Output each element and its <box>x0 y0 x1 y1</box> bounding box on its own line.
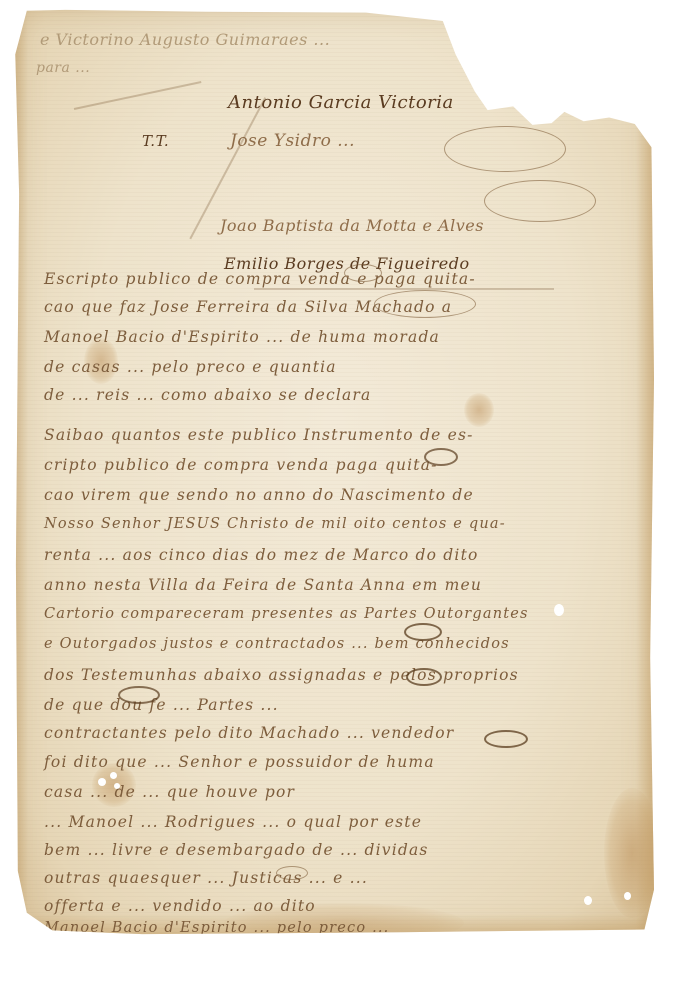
body-line: Cartorio compareceram presentes as Parte… <box>44 606 529 622</box>
underline-flourish <box>74 81 201 109</box>
body-line: bem ... livre e desembargado de ... divi… <box>44 841 429 859</box>
body-line: Nosso Senhor JESUS Christo de mil oito c… <box>44 516 506 532</box>
body-line: cao virem que sendo no anno do Nasciment… <box>44 486 474 504</box>
ink-loop <box>406 668 442 686</box>
body-line: Manoel Bacio d'Espirito ... pelo preco .… <box>44 920 390 936</box>
body-line: foi dito que ... Senhor e possuidor de h… <box>44 753 435 771</box>
signature-underline <box>254 288 554 290</box>
faded-header-line: para ... <box>36 60 90 76</box>
body-line: e Outorgados justos e contractados ... b… <box>44 636 510 652</box>
margin-mark: T.T. <box>142 132 169 150</box>
body-line: Manoel Bacio d'Espirito ... de huma mora… <box>44 328 440 346</box>
signature-3: Joao Baptista da Motta e Alves <box>220 216 484 235</box>
signature-flourish <box>484 180 596 222</box>
body-line: cripto publico de compra venda paga quit… <box>44 456 438 474</box>
body-line: anno nesta Villa da Feira de Santa Anna … <box>44 576 482 594</box>
paper-hole <box>624 892 631 900</box>
body-line: outras quaesquer ... Justicas ... e ... <box>44 869 368 887</box>
signature-flourish <box>444 126 566 172</box>
body-line: Saibao quantos este publico Instrumento … <box>44 426 474 444</box>
body-line: de casas ... pelo preco e quantia <box>44 358 337 376</box>
ink-loop <box>404 623 442 641</box>
signature-2: Jose Ysidro ... <box>230 131 355 151</box>
body-line: cao que faz Jose Ferreira da Silva Macha… <box>44 298 452 316</box>
paper-hole <box>110 772 117 779</box>
body-line: casa ... de ... que houve por <box>44 783 295 801</box>
body-line: offerta e ... vendido ... ao dito <box>44 897 316 915</box>
body-line: Escripto publico de compra venda e paga … <box>44 270 476 288</box>
body-line: de ... reis ... como abaixo se declara <box>44 386 371 404</box>
body-line: contractantes pelo dito Machado ... vend… <box>44 724 454 742</box>
body-line: renta ... aos cinco dias do mez de Marco… <box>44 546 479 564</box>
paper-hole <box>584 896 592 905</box>
ink-loop <box>424 448 458 466</box>
body-line: de que dou fe ... Partes ... <box>44 696 279 714</box>
faded-header-line: e Victorino Augusto Guimaraes ... <box>40 30 330 49</box>
body-line: dos Testemunhas abaixo assignadas e pelo… <box>44 666 519 684</box>
water-stain <box>604 788 660 918</box>
ink-loop <box>276 866 308 880</box>
ink-loop <box>118 686 160 704</box>
water-stain <box>464 393 494 427</box>
ink-loop <box>484 730 528 748</box>
body-line: ... Manoel ... Rodrigues ... o qual por … <box>44 813 422 831</box>
manuscript-page: e Victorino Augusto Guimaraes ... para .… <box>14 8 654 936</box>
paper-hole <box>554 604 564 616</box>
ink-loop <box>344 264 382 282</box>
